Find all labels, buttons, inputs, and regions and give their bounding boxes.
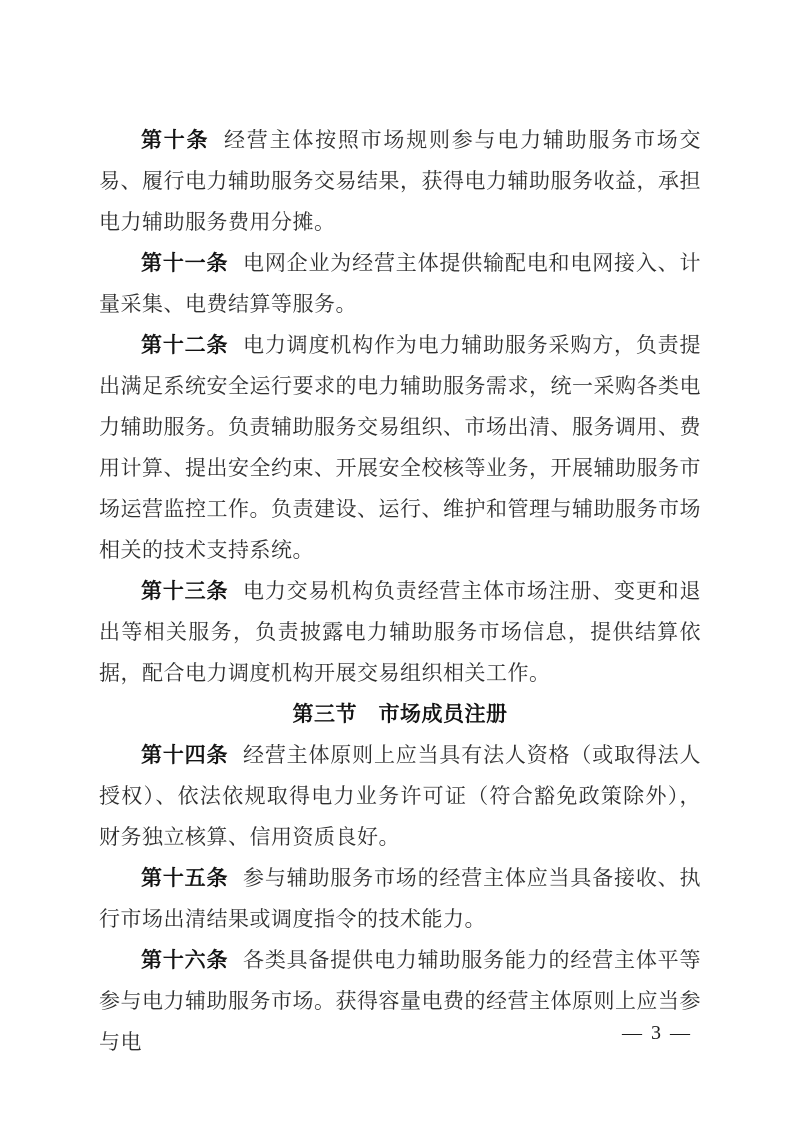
article-paragraph-16: 第十六条各类具备提供电力辅助服务能力的经营主体平等参与电力辅助服务市场。获得容量… [99, 940, 701, 1063]
article-number-16: 第十六条 [141, 948, 228, 972]
article-paragraph-13: 第十三条电力交易机构负责经营主体市场注册、变更和退出等相关服务，负责披露电力辅助… [99, 571, 701, 694]
article-number-10: 第十条 [141, 128, 209, 152]
article-number-13: 第十三条 [141, 579, 228, 603]
section-heading: 第三节 市场成员注册 [99, 694, 701, 735]
article-paragraph-11: 第十一条电网企业为经营主体提供输配电和电网接入、计量采集、电费结算等服务。 [99, 243, 701, 325]
document-body: 第十条经营主体按照市场规则参与电力辅助服务市场交易、履行电力辅助服务交易结果，获… [99, 120, 701, 1063]
document-page: 第十条经营主体按照市场规则参与电力辅助服务市场交易、履行电力辅助服务交易结果，获… [0, 0, 800, 1131]
article-number-12: 第十二条 [141, 333, 228, 357]
page-number: — 3 — [622, 1018, 692, 1048]
article-paragraph-12: 第十二条电力调度机构作为电力辅助服务采购方，负责提出满足系统安全运行要求的电力辅… [99, 325, 701, 571]
article-number-14: 第十四条 [141, 743, 228, 767]
article-paragraph-14: 第十四条经营主体原则上应当具有法人资格（或取得法人授权）、依法依规取得电力业务许… [99, 735, 701, 858]
article-text-12: 电力调度机构作为电力辅助服务采购方，负责提出满足系统安全运行要求的电力辅助服务需… [99, 333, 701, 562]
article-paragraph-10: 第十条经营主体按照市场规则参与电力辅助服务市场交易、履行电力辅助服务交易结果，获… [99, 120, 701, 243]
article-number-15: 第十五条 [141, 866, 228, 890]
article-number-11: 第十一条 [141, 251, 228, 275]
article-paragraph-15: 第十五条参与辅助服务市场的经营主体应当具备接收、执行市场出清结果或调度指令的技术… [99, 858, 701, 940]
